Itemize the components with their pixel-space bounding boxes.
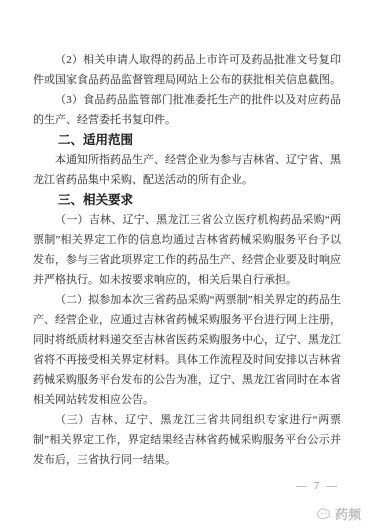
page-number: — 7 — — [33, 476, 341, 496]
paragraph-item-3: （3）食品药品监管部门批准委托生产的批件以及对应药品的生产、经营委托书复印件。 — [33, 90, 341, 130]
paragraph-requirement-1: （一）吉林、辽宁、黑龙江三省公立医疗机构药品采购“两票制”相关界定工作的信息均通… — [33, 210, 341, 290]
paragraph-requirement-3: （三）吉林、辽宁、黑龙江三省共同组织专家进行“两票制”相关界定工作，界定结果经吉… — [33, 410, 341, 470]
watermark-logo-icon — [316, 507, 331, 521]
paragraph-requirement-2: （二）拟参加本次三省药品采购“两票制”相关界定的药品生产、经营企业，应通过吉林省… — [33, 290, 341, 410]
watermark: 药频 — [316, 504, 361, 523]
section-heading-scope: 二、适用范围 — [33, 130, 341, 150]
scanned-document-page: （2）相关申请人取得的药品上市许可及药品批准文号复印件或国家食品药品监督管理局网… — [0, 0, 369, 529]
document-text-block: （2）相关申请人取得的药品上市许可及药品批准文号复印件或国家食品药品监督管理局网… — [33, 50, 341, 496]
paragraph-scope-body: 本通知所指药品生产、经营企业为参与吉林省、辽宁省、黑龙江省药品集中采购、配送活动… — [33, 150, 341, 190]
watermark-label: 药频 — [335, 504, 361, 523]
paragraph-item-2: （2）相关申请人取得的药品上市许可及药品批准文号复印件或国家食品药品监督管理局网… — [33, 50, 341, 90]
section-heading-requirements: 三、相关要求 — [33, 190, 341, 210]
